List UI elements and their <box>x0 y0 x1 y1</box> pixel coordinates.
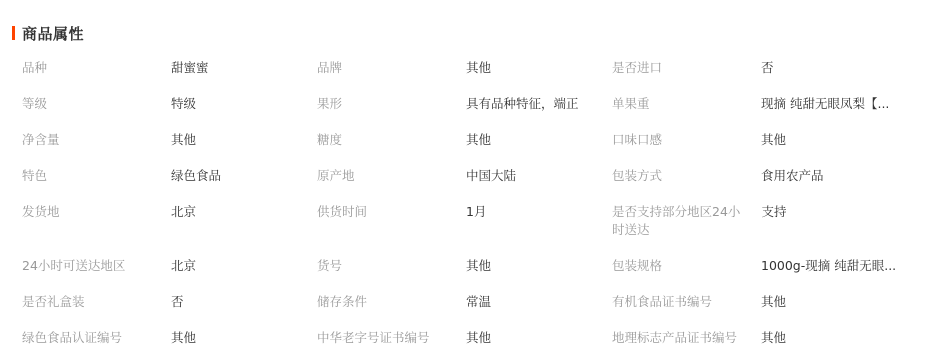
attribute-item: 中华老字号证书编号 其他 <box>317 329 612 364</box>
attribute-label: 发货地 <box>22 203 171 257</box>
attribute-item: 是否支持部分地区24小时送达 支持 <box>612 203 907 257</box>
attribute-label: 包装规格 <box>612 257 761 293</box>
attribute-label: 中华老字号证书编号 <box>317 329 466 364</box>
attribute-value[interactable]: 1000g-现摘 纯甜无眼... <box>761 257 907 293</box>
attribute-value: 中国大陆 <box>466 167 612 203</box>
attribute-value[interactable]: 现摘 纯甜无眼凤梨【... <box>761 95 907 131</box>
attribute-value: 具有品种特征，端正 <box>466 95 612 131</box>
attribute-item: 品牌 其他 <box>317 59 612 95</box>
attribute-row: 发货地 北京 供货时间 1月 是否支持部分地区24小时送达 支持 <box>22 203 922 257</box>
attribute-value: 北京 <box>171 257 317 293</box>
attribute-label: 货号 <box>317 257 466 293</box>
attribute-row: 等级 特级 果形 具有品种特征，端正 单果重 现摘 纯甜无眼凤梨【... <box>22 95 922 131</box>
attribute-label: 地理标志产品证书编号 <box>612 329 761 364</box>
attribute-label: 果形 <box>317 95 466 131</box>
attribute-label: 品种 <box>22 59 171 95</box>
attribute-item: 有机食品证书编号 其他 <box>612 293 907 329</box>
attribute-value: 其他 <box>466 329 612 364</box>
attribute-label: 糖度 <box>317 131 466 167</box>
attribute-value: 其他 <box>171 131 317 167</box>
attribute-label: 特色 <box>22 167 171 203</box>
attribute-label: 供货时间 <box>317 203 466 257</box>
attribute-row: 24小时可送达地区 北京 货号 其他 包装规格 1000g-现摘 纯甜无眼... <box>22 257 922 293</box>
attribute-value: 否 <box>171 293 317 329</box>
attribute-item: 糖度 其他 <box>317 131 612 167</box>
attribute-value: 否 <box>761 59 907 95</box>
attribute-value: 其他 <box>466 257 612 293</box>
attribute-item: 货号 其他 <box>317 257 612 293</box>
attribute-row: 特色 绿色食品 原产地 中国大陆 包装方式 食用农产品 <box>22 167 922 203</box>
attribute-row: 净含量 其他 糖度 其他 口味口感 其他 <box>22 131 922 167</box>
attribute-label: 是否礼盒装 <box>22 293 171 329</box>
attribute-item: 是否礼盒装 否 <box>22 293 317 329</box>
title-accent-bar <box>12 26 15 40</box>
section-header: 商品属性 <box>12 24 84 42</box>
attribute-label: 单果重 <box>612 95 761 131</box>
attribute-grid: 品种 甜蜜蜜 品牌 其他 是否进口 否 等级 特级 果形 具有品种特征，端正 <box>22 59 922 364</box>
attribute-value: 常温 <box>466 293 612 329</box>
attribute-item: 是否进口 否 <box>612 59 907 95</box>
attribute-item: 原产地 中国大陆 <box>317 167 612 203</box>
attribute-item: 品种 甜蜜蜜 <box>22 59 317 95</box>
attribute-label: 有机食品证书编号 <box>612 293 761 329</box>
attribute-item: 净含量 其他 <box>22 131 317 167</box>
attribute-item: 特色 绿色食品 <box>22 167 317 203</box>
attribute-row: 绿色食品认证编号 其他 中华老字号证书编号 其他 地理标志产品证书编号 其他 <box>22 329 922 364</box>
attribute-value: 其他 <box>761 131 907 167</box>
attribute-row: 品种 甜蜜蜜 品牌 其他 是否进口 否 <box>22 59 922 95</box>
attribute-item: 口味口感 其他 <box>612 131 907 167</box>
attribute-label: 净含量 <box>22 131 171 167</box>
attribute-item: 24小时可送达地区 北京 <box>22 257 317 293</box>
attribute-value: 其他 <box>171 329 317 364</box>
attribute-label: 是否进口 <box>612 59 761 95</box>
attribute-label: 原产地 <box>317 167 466 203</box>
attribute-item: 发货地 北京 <box>22 203 317 257</box>
attribute-item: 果形 具有品种特征，端正 <box>317 95 612 131</box>
attribute-value: 其他 <box>466 59 612 95</box>
attribute-item: 地理标志产品证书编号 其他 <box>612 329 907 364</box>
attribute-value: 其他 <box>761 329 907 364</box>
attribute-value: 甜蜜蜜 <box>171 59 317 95</box>
attribute-item: 包装方式 食用农产品 <box>612 167 907 203</box>
attribute-value: 绿色食品 <box>171 167 317 203</box>
attribute-label: 口味口感 <box>612 131 761 167</box>
attribute-label: 储存条件 <box>317 293 466 329</box>
attribute-value: 特级 <box>171 95 317 131</box>
attribute-item: 单果重 现摘 纯甜无眼凤梨【... <box>612 95 907 131</box>
section-title: 商品属性 <box>22 23 84 44</box>
attribute-item: 绿色食品认证编号 其他 <box>22 329 317 364</box>
attribute-label: 等级 <box>22 95 171 131</box>
attribute-label: 是否支持部分地区24小时送达 <box>612 203 762 257</box>
attribute-value: 1月 <box>466 203 612 257</box>
attribute-value: 其他 <box>761 293 907 329</box>
product-attributes-section: 商品属性 品种 甜蜜蜜 品牌 其他 是否进口 否 等级 特级 果形 <box>0 0 940 364</box>
attribute-item: 包装规格 1000g-现摘 纯甜无眼... <box>612 257 907 293</box>
attribute-item: 供货时间 1月 <box>317 203 612 257</box>
attribute-item: 等级 特级 <box>22 95 317 131</box>
attribute-value: 支持 <box>762 203 907 257</box>
attribute-value: 其他 <box>466 131 612 167</box>
attribute-label: 包装方式 <box>612 167 761 203</box>
attribute-value: 食用农产品 <box>761 167 907 203</box>
attribute-label: 品牌 <box>317 59 466 95</box>
attribute-label: 24小时可送达地区 <box>22 257 171 293</box>
attribute-label: 绿色食品认证编号 <box>22 329 171 364</box>
attribute-item: 储存条件 常温 <box>317 293 612 329</box>
attribute-row: 是否礼盒装 否 储存条件 常温 有机食品证书编号 其他 <box>22 293 922 329</box>
attribute-value: 北京 <box>171 203 317 257</box>
